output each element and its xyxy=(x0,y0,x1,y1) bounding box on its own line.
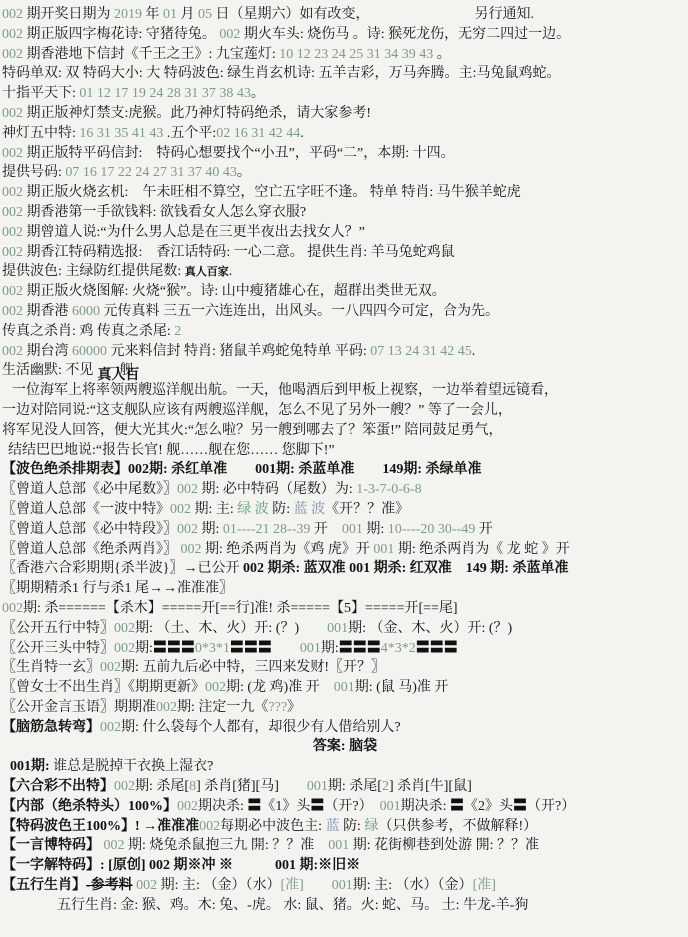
text-segment: 期台湾 xyxy=(23,344,72,359)
text-segment: 002 xyxy=(205,680,226,695)
text-segment: 期火车头: 烧伤马 。诗: 猴死龙伤，无穷二四过一边。 xyxy=(240,27,570,42)
text-segment: 绿 波 xyxy=(237,502,269,517)
text-line-21: 一边对陪同说:“这支舰队应该有两艘巡洋舰，怎么不见了另外一艘？” 等了一会儿， xyxy=(2,401,688,421)
text-segment: 期: xyxy=(198,522,223,537)
text-segment: （开?） xyxy=(527,799,575,814)
text-segment: 10 12 23 24 25 31 34 39 43 xyxy=(279,47,433,62)
text-line-44: 【一字解特码】: [原创] 002 期※冲 ※001 期:※旧※ xyxy=(2,856,688,876)
text-segment: [准] xyxy=(473,878,496,893)
text-segment: 8 xyxy=(189,779,196,794)
text-segment: 日（星期六）如有改变， xyxy=(212,7,370,22)
text-line-33: 〖公开三头中特〗002期:〓〓〓0*3*1〓〓〓 001期:〓〓〓4*3*2〓〓… xyxy=(2,639,688,659)
text-segment: 001 xyxy=(380,799,401,814)
text-segment: 〖公开金言玉语〗期期准 xyxy=(2,700,156,715)
text-line-20: 一位海军上将率领两艘巡洋舰出航。一天，他喝酒后到甲板上视察，一边举着望远镜看， xyxy=(2,381,688,401)
text-segment: 期: 主: （金）（水） xyxy=(157,878,280,893)
text-segment: 002 xyxy=(199,819,220,834)
text-segment: 年 xyxy=(142,7,163,22)
text-segment: 期正版特平码信封: 特码心想要找个“小丑”，平码“二”，本期: 十四。 xyxy=(23,146,455,161)
text-segment: 谁总是脱掉干衣换上湿衣? xyxy=(50,759,214,774)
text-line-38: 答案: 脑袋 xyxy=(2,737,688,757)
text-line-31: 002期: 杀======【杀木】=====开[==行]准! 杀=====【5】… xyxy=(2,599,688,619)
text-segment: 五行生肖: 金: 猴、鸡。木: 兔、-虎。 水: 鼠、猪。火: 蛇、马。 土: … xyxy=(57,898,528,913)
text-segment: 《2》头 xyxy=(464,799,513,814)
text-segment: 一边对陪同说:“这支舰队应该有两艘巡洋舰，怎么不见了另外一艘？” 等了一会儿， xyxy=(2,403,512,418)
text-segment: 001 期:※旧※ xyxy=(275,858,360,873)
text-segment: 传真之杀肖: 鸡 传真之杀尾: xyxy=(2,324,174,339)
text-segment: 提供号码: xyxy=(2,165,65,180)
text-segment: [准] xyxy=(280,878,303,893)
text-segment: -参考料 xyxy=(86,878,133,893)
text-segment: 002 xyxy=(177,799,198,814)
text-segment: 《开？？准》 xyxy=(325,502,409,517)
text-segment: 期: 主: xyxy=(191,502,237,517)
text-segment: 结结巴巴地说:“报告长官! 舰……舰在您…… 您脚下!” xyxy=(8,443,335,458)
text-segment: 001期: xyxy=(10,759,50,774)
text-segment: 07 16 17 22 24 27 31 37 40 43 xyxy=(65,165,237,180)
text-segment: 002 xyxy=(136,878,157,893)
text-segment: 【六合彩不出特】 xyxy=(2,779,114,794)
text-segment: 002 xyxy=(177,482,198,497)
text-line-29: 〖香港六合彩期期{杀半波}〗→已公开 002 期杀: 蓝双准 001 期杀: 红… xyxy=(2,559,688,579)
text-segment: 〖曾道人总部《绝杀两肖》〗 xyxy=(2,542,181,557)
text-line-6: 002 期正版神灯禁支:虎猴。此乃神灯特码绝杀，请大家参考! xyxy=(2,104,688,124)
text-segment: 〖公开五行中特〗 xyxy=(2,621,114,636)
text-segment: 期: 杀尾[ xyxy=(135,779,189,794)
text-segment: 002 xyxy=(2,146,23,161)
text-line-35: 〖曾女士不出生肖〗《期期更新》002期: (龙 鸡)准 开 001期: (鼠 马… xyxy=(2,678,688,698)
text-segment: 提供波色: 主绿防红提供尾数: xyxy=(2,264,185,279)
text-line-45: 【五行生肖】-参考料 002 期: 主: （金）（水）[准] 001期: 主: … xyxy=(2,876,688,896)
text-segment: 期: 花街柳巷到处游 開: ？？准 xyxy=(349,838,539,853)
text-segment: （只供参考，不做解释!） xyxy=(378,819,537,834)
text-line-22: 将军见没人回答，便大光其火:“怎么啦？另一艘到哪去了？笨蛋!” 陪同鼓足勇气， xyxy=(2,421,688,441)
text-segment: ] 杀肖[牛][鼠] xyxy=(389,779,472,794)
text-segment: 【一言博特码】 xyxy=(2,838,100,853)
text-segment: 002 xyxy=(2,601,23,616)
text-segment: 〓 xyxy=(247,799,261,814)
text-segment: 期: xyxy=(363,522,388,537)
text-segment: 元传真料 三五一六连连出，出风头。一八四四今可定，合为先。 xyxy=(100,304,499,319)
text-segment: ] 杀肖[猪][马] xyxy=(196,779,307,794)
text-segment xyxy=(304,878,332,893)
text-segment: 07 13 24 31 42 45 xyxy=(370,344,472,359)
document-body: 002 期开奖日期为 2019 年 01 月 05 日（星期六）如有改变，另行通… xyxy=(0,0,688,916)
text-line-42: 【特码波色王100%】! →准准准002每期必中波色主: 蓝 防: 绿（只供参考… xyxy=(2,817,688,837)
text-segment: 真人百 xyxy=(97,368,139,381)
text-segment: 期: 主: （水）（金） xyxy=(353,878,473,893)
text-line-18: 002 期台湾 60000 元来料信封 特肖: 猪鼠羊鸡蛇兔特单 平码: 07 … xyxy=(2,342,688,362)
text-segment: 月 xyxy=(177,7,198,22)
text-segment: 防: xyxy=(269,502,294,517)
text-segment: ??? xyxy=(268,700,287,715)
text-segment: 蓝 xyxy=(326,819,340,834)
text-segment: 002 xyxy=(2,205,23,220)
text-segment: 〖曾道人总部《必中特段》〗 xyxy=(2,522,177,537)
text-segment: 〓〓〓 xyxy=(153,641,195,656)
text-segment: 02 16 31 42 44 xyxy=(216,126,300,141)
text-segment: 01----21 28--39 xyxy=(223,522,310,537)
text-segment: 答案: 脑袋 xyxy=(313,739,377,754)
text-line-9: 提供号码: 07 16 17 22 24 27 31 37 40 43。 xyxy=(2,163,688,183)
text-segment: 开 xyxy=(310,522,342,537)
text-segment: 002 xyxy=(219,27,240,42)
text-segment: 十指平天下: xyxy=(2,86,79,101)
text-segment: 001 xyxy=(328,838,349,853)
text-line-27: 〖曾道人总部《必中特段》〗002 期: 01----21 28--39 开 00… xyxy=(2,520,688,540)
text-segment: 期香港地下信封《千王之王》: 九宝莲灯: xyxy=(23,47,279,62)
text-segment: 01 xyxy=(163,7,177,22)
text-segment: 002 xyxy=(104,838,125,853)
text-segment: 002 xyxy=(177,522,198,537)
text-segment: 〖曾道人总部《一波中特》 xyxy=(2,502,170,517)
text-line-46: 五行生肖: 金: 猴、鸡。木: 兔、-虎。 水: 鼠、猪。火: 蛇、马。 土: … xyxy=(2,896,688,916)
text-segment: 。 xyxy=(237,165,251,180)
text-segment: 2 xyxy=(174,324,181,339)
text-line-12: 002 期曾道人说:“为什么男人总是在三更半夜出去找女人？” xyxy=(2,223,688,243)
text-segment: 002 xyxy=(2,225,23,240)
text-segment: 001 xyxy=(300,641,321,656)
text-segment: 特码单双: 双 特码大小: 大 特码波色: 绿生肖玄机诗: 五羊吉彩，万马奔腾。… xyxy=(2,66,560,81)
text-segment: 10----20 30--49 xyxy=(388,522,475,537)
text-segment: 0*3*1 xyxy=(195,641,230,656)
text-segment: 〖公开三头中特〗 xyxy=(2,641,114,656)
text-segment: 《1》头 xyxy=(261,799,310,814)
text-line-26: 〖曾道人总部《一波中特》002 期: 主: 绿 波 防: 蓝 波《开？？准》 xyxy=(2,500,688,520)
text-segment: 期曾道人说:“为什么男人总是在三更半夜出去找女人？” xyxy=(23,225,365,240)
text-line-28: 〖曾道人总部《绝杀两肖》〗 002 期: 绝杀两肖为《鸡 虎》开 001 期: … xyxy=(2,540,688,560)
text-segment: （开?） xyxy=(324,799,379,814)
text-segment: 001 xyxy=(307,779,328,794)
text-line-23: 结结巴巴地说:“报告长官! 舰……舰在您…… 您脚下!” xyxy=(2,441,688,461)
text-segment: 002 xyxy=(170,502,191,517)
text-segment: 期: （土、木、火）开: (？) xyxy=(135,621,327,636)
text-segment: 开 xyxy=(475,522,493,537)
text-segment: 002 xyxy=(100,660,121,675)
text-segment: 期: (鼠 马)准 开 xyxy=(355,680,449,695)
text-segment: 期: 烧兔杀鼠抱三九 開: ？？准 xyxy=(125,838,329,853)
text-segment: 01 12 17 19 24 28 31 37 38 43 xyxy=(79,86,251,101)
text-segment: 〓〓〓 xyxy=(230,641,272,656)
text-segment: 2019 xyxy=(114,7,142,22)
text-line-36: 〖公开金言玉语〗期期准002期: 注定一九《???》 xyxy=(2,698,688,718)
text-line-24: 【波色绝杀排期表】002期: 杀红单准 001期: 杀蓝单准 149期: 杀绿单… xyxy=(2,460,688,480)
text-segment: 〓 xyxy=(450,799,464,814)
text-segment: 05 xyxy=(198,7,212,22)
text-segment: 002 xyxy=(114,779,135,794)
text-line-1: 002 期开奖日期为 2019 年 01 月 05 日（星期六）如有改变，另行通… xyxy=(2,5,688,25)
text-segment: 。 xyxy=(433,47,451,62)
text-segment: 002 xyxy=(2,27,23,42)
text-segment: 1-3-7-0-6-8 xyxy=(356,482,421,497)
text-segment: 期: (龙 鸡)准 开 xyxy=(226,680,334,695)
text-segment: 期: 注定一九《 xyxy=(177,700,268,715)
text-line-10: 002 期正版火烧玄机: 午未旺相不算空，空亡五字旺不逢。 特单 特肖: 马牛猴… xyxy=(2,183,688,203)
text-segment: 期开奖日期为 xyxy=(23,7,114,22)
text-line-30: 〖期期精杀1 行与杀1 尾→→准准准〗 xyxy=(2,579,688,599)
text-segment: 神灯五中特: xyxy=(2,126,79,141)
text-segment: 期: （金、木、火）开: (？) xyxy=(348,621,512,636)
text-line-3: 002 期香港地下信封《千王之王》: 九宝莲灯: 10 12 23 24 25 … xyxy=(2,45,688,65)
text-segment: 期: 什么袋每个人都有，却很少有人借给别人? xyxy=(121,720,401,735)
text-segment: 期正版火烧玄机: 午未旺相不算空，空亡五字旺不逢。 特单 特肖: 马牛猴羊蛇虎 xyxy=(23,185,521,200)
text-segment: 001 xyxy=(332,878,353,893)
text-segment: 另行通知. xyxy=(475,7,535,22)
text-segment: 4*3*2 xyxy=(381,641,416,656)
text-line-41: 【内部（绝杀特头）100%】002期决杀: 〓《1》头〓（开?） 001期决杀:… xyxy=(2,797,688,817)
text-segment: 期: 五前九后必中特，三四来发财!〖开？〗 xyxy=(121,660,385,675)
text-segment: 002 期杀: 蓝双准 001 期杀: 红双准 149 期: 杀蓝单准 xyxy=(243,561,569,576)
text-segment: 002 xyxy=(2,304,23,319)
text-segment: 002 xyxy=(2,185,23,200)
text-line-5: 十指平天下: 01 12 17 19 24 28 31 37 38 43。 xyxy=(2,84,688,104)
text-line-16: 002 期香港 6000 元传真料 三五一六连连出，出风头。一八四四今可定，合为… xyxy=(2,302,688,322)
text-segment: 【特码波色王100%】! →准准准 xyxy=(2,819,199,834)
text-line-14: 提供波色: 主绿防红提供尾数: 真人百家. xyxy=(2,262,688,282)
text-segment: 【内部（绝杀特头）100%】 xyxy=(2,799,177,814)
text-segment: 期正版火烧图解: 火烧“猴”。诗: 山中瘦猪雄心在，超群出类世无双。 xyxy=(23,284,446,299)
text-segment: 》 xyxy=(287,700,301,715)
text-segment: 期: 绝杀两肖为《鸡 虎》开 xyxy=(202,542,374,557)
text-segment: 60000 xyxy=(72,344,107,359)
text-segment: 【五行生肖】 xyxy=(2,878,86,893)
text-line-34: 〖生肖特一玄〗002期: 五前九后必中特，三四来发财!〖开？〗 xyxy=(2,658,688,678)
text-segment: 〖生肖特一玄〗 xyxy=(2,660,100,675)
text-segment: 期: 绝杀两肖为《 龙 蛇 》开 xyxy=(394,542,569,557)
text-segment: 【波色绝杀排期表】002期: 杀红单准 001期: 杀蓝单准 149期: 杀绿单… xyxy=(2,462,482,477)
text-segment: 〖曾道人总部《必中尾数》〗 xyxy=(2,482,177,497)
text-segment: 期正版四字梅花诗: 守猪待兔。 xyxy=(23,27,219,42)
text-line-13: 002 期香江特码精选报: 香江话特码: 一心二意。 提供生肖: 羊马兔蛇鸡鼠 xyxy=(2,243,688,263)
text-line-17: 传真之杀肖: 鸡 传真之杀尾: 2 xyxy=(2,322,688,342)
text-line-40: 【六合彩不出特】002期: 杀尾[8] 杀肖[猪][马] 001期: 杀尾[2]… xyxy=(2,777,688,797)
text-segment: 期: 必中特码（尾数）为: xyxy=(198,482,356,497)
text-segment: 生活幽默: 不见 xyxy=(2,363,93,378)
text-segment: 001 xyxy=(334,680,355,695)
text-segment: 真人百家 xyxy=(185,266,229,278)
text-segment: 防: xyxy=(340,819,365,834)
text-segment: 期: 杀尾[ xyxy=(328,779,382,794)
text-segment: 002 xyxy=(2,47,23,62)
text-segment: 一位海军上将率领两艘巡洋舰出航。一天，他喝酒后到甲板上视察，一边举着望远镜看， xyxy=(12,383,558,398)
text-segment: 〖期期精杀1 行与杀1 尾→→准准准〗 xyxy=(2,581,233,596)
text-segment: . xyxy=(229,264,233,279)
text-segment: 期: xyxy=(135,641,153,656)
text-segment: 001 xyxy=(342,522,363,537)
text-segment: 002 xyxy=(2,7,23,22)
text-segment xyxy=(272,641,300,656)
text-segment: 002 xyxy=(2,344,23,359)
text-segment: 蓝 波 xyxy=(294,502,326,517)
text-segment: 002 xyxy=(181,542,202,557)
text-segment: 期决杀: xyxy=(198,799,247,814)
text-segment: 16 31 35 41 43 xyxy=(79,126,163,141)
text-segment: 期正版神灯禁支:虎猴。此乃神灯特码绝杀，请大家参考! xyxy=(23,106,371,121)
text-segment: 期决杀: xyxy=(401,799,450,814)
text-segment: 002 xyxy=(114,641,135,656)
text-segment: 。 xyxy=(251,86,265,101)
text-line-39: 001期: 谁总是脱掉干衣换上湿衣? xyxy=(2,757,688,777)
text-segment: 002 xyxy=(114,621,135,636)
text-line-4: 特码单双: 双 特码大小: 大 特码波色: 绿生肖玄机诗: 五羊吉彩，万马奔腾。… xyxy=(2,64,688,84)
text-segment: 将军见没人回答，便大光其火:“怎么啦？另一艘到哪去了？笨蛋!” 陪同鼓足勇气， xyxy=(2,423,502,438)
text-line-8: 002 期正版特平码信封: 特码心想要找个“小丑”，平码“二”，本期: 十四。 xyxy=(2,144,688,164)
text-segment: .五个平: xyxy=(163,126,216,141)
text-segment: 期香江特码精选报: 香江话特码: 一心二意。 提供生肖: 羊马兔蛇鸡鼠 xyxy=(23,245,455,260)
text-segment: 期: 杀======【杀木】=====开[==行]准! 杀=====【5】===… xyxy=(23,601,458,616)
text-segment: 元来料信封 特肖: 猪鼠羊鸡蛇兔特单 平码: xyxy=(107,344,370,359)
text-segment: 【一字解特码】: [原创] 002 期※冲 ※ xyxy=(2,858,233,873)
text-segment: 2 xyxy=(382,779,389,794)
text-segment: 002 xyxy=(2,245,23,260)
text-line-2: 002 期正版四字梅花诗: 守猪待兔。 002 期火车头: 烧伤马 。诗: 猴死… xyxy=(2,25,688,45)
text-segment: 〓 xyxy=(513,799,527,814)
text-line-19: 生活幽默: 不见真人百一舰 xyxy=(2,361,688,381)
text-line-37: 【脑筋急转弯】002期: 什么袋每个人都有，却很少有人借给别人? xyxy=(2,718,688,738)
text-segment: 〖曾女士不出生肖〗《期期更新》 xyxy=(2,680,205,695)
text-segment: 001 xyxy=(327,621,348,636)
text-segment: 期香港 xyxy=(23,304,72,319)
text-segment: . xyxy=(472,344,476,359)
text-line-43: 【一言博特码】 002 期: 烧兔杀鼠抱三九 開: ？？准 001 期: 花街柳… xyxy=(2,836,688,856)
text-line-25: 〖曾道人总部《必中尾数》〗002 期: 必中特码（尾数）为: 1-3-7-0-6… xyxy=(2,480,688,500)
text-segment: 6000 xyxy=(72,304,100,319)
text-segment: 【脑筋急转弯】 xyxy=(2,720,100,735)
text-segment: 绿 xyxy=(364,819,378,834)
text-segment: 每期必中波色主: xyxy=(220,819,325,834)
text-segment: 〓 xyxy=(310,799,324,814)
text-segment: 〓〓〓 xyxy=(339,641,381,656)
text-segment: 〓〓〓 xyxy=(416,641,458,656)
text-line-15: 002 期正版火烧图解: 火烧“猴”。诗: 山中瘦猪雄心在，超群出类世无双。 xyxy=(2,282,688,302)
text-line-32: 〖公开五行中特〗002期: （土、木、火）开: (？) 001期: （金、木、火… xyxy=(2,619,688,639)
text-segment: 期香港第一手欲钱料: 欲钱看女人怎么穿衣服? xyxy=(23,205,306,220)
text-line-7: 神灯五中特: 16 31 35 41 43 .五个平:02 16 31 42 4… xyxy=(2,124,688,144)
text-segment: 002 xyxy=(100,720,121,735)
text-segment: 002 xyxy=(156,700,177,715)
text-segment: 期: xyxy=(321,641,339,656)
text-line-11: 002 期香港第一手欲钱料: 欲钱看女人怎么穿衣服? xyxy=(2,203,688,223)
text-segment: . xyxy=(300,126,304,141)
text-segment: 〖香港六合彩期期{杀半波}〗→已公开 xyxy=(2,561,243,576)
text-segment: 001 xyxy=(373,542,394,557)
text-segment: 002 xyxy=(2,284,23,299)
text-segment: 002 xyxy=(2,106,23,121)
